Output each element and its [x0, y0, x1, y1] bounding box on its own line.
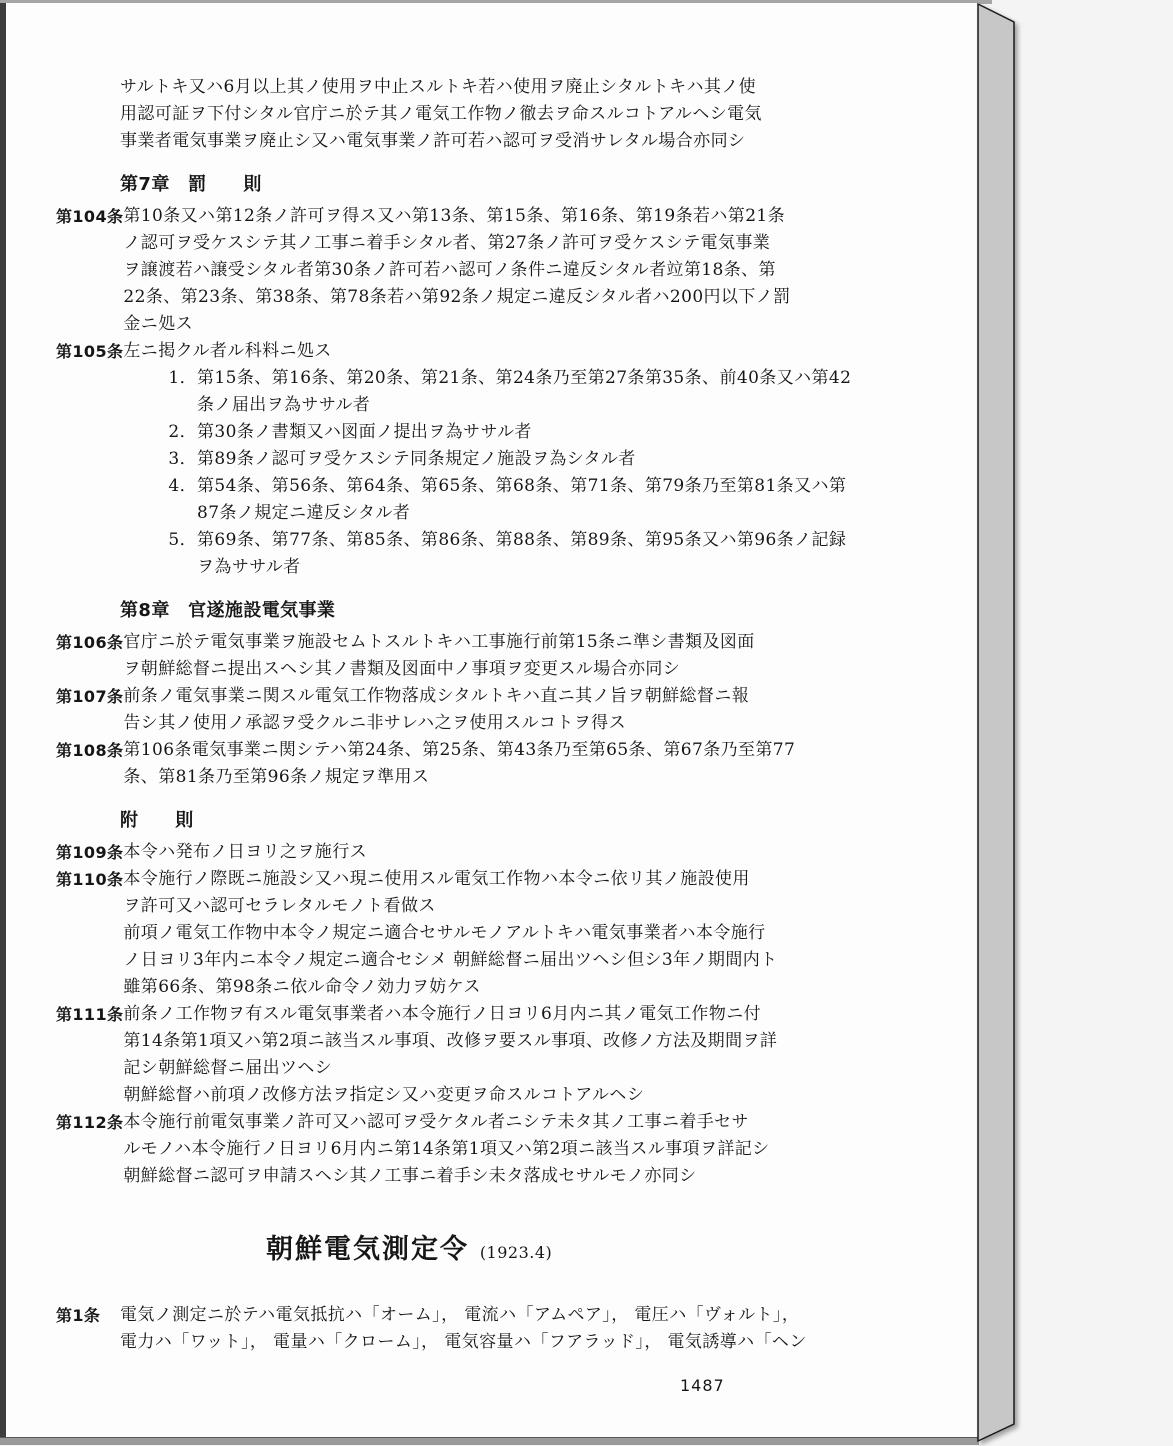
article-number: 第108条: [56, 737, 123, 791]
text-line: 前条ノ工作物ヲ有スル電気事業者ハ本令施行ノ日ヨリ6月内ニ其ノ電気工作物ニ付: [123, 1001, 946, 1028]
article-1: 第1条 電気ノ測定ニ於テハ電気抵抗ハ「オーム」， 電流ハ「アムペア」， 電圧ハ「…: [56, 1302, 946, 1356]
list-item: 4． 第54条、第56条、第64条、第65条、第68条、第71条、第79条乃至第…: [168, 473, 946, 527]
article-number: 第105条: [56, 338, 123, 581]
text-line: 記シ朝鮮総督ニ届出ツヘシ: [123, 1055, 946, 1082]
text-line: 朝鮮総督ハ前項ノ改修方法ヲ指定シ又ハ変更ヲ命スルコトアルヘシ: [123, 1082, 946, 1109]
text-line: ヲ為ササル者: [197, 554, 946, 581]
article-107: 第107条 前条ノ電気事業ニ関スル電気工作物落成シタルトキハ直ニ其ノ旨ヲ朝鮮総督…: [56, 683, 946, 737]
text-line: 第69条、第77条、第85条、第86条、第88条、第89条、第95条又ハ第96条…: [197, 527, 946, 554]
article-105: 第105条 左ニ掲クル者ル科料ニ処ス 1． 第15条、第16条、第20条、第21…: [56, 338, 946, 581]
text-line: ノ認可ヲ受ケスシテ其ノ工事ニ着手シタル者、第27条ノ許可ヲ受ケスシテ電気事業: [123, 230, 946, 257]
text-line: 電力ハ「ワット」， 電量ハ「クローム」， 電気容量ハ「フアラッド」， 電気誘導ハ…: [120, 1329, 946, 1356]
text-line: 22条、第23条、第38条、第78条若ハ第92条ノ規定ニ違反シタル者ハ200円以…: [123, 284, 946, 311]
text-line: ヲ譲渡若ハ譲受シタル者第30条ノ許可若ハ認可ノ条件ニ違反シタル者竝第18条、第: [123, 257, 946, 284]
text-line: 本令施行ノ際既ニ施設シ又ハ現ニ使用スル電気工作物ハ本令ニ依リ其ノ施設使用: [123, 866, 946, 893]
chapter-8-heading: 第8章 官遂施設電気事業: [120, 597, 946, 624]
text-line: 第10条又ハ第12条ノ許可ヲ得ス又ハ第13条、第15条、第16条、第19条若ハ第…: [123, 203, 946, 230]
list-item: 3． 第89条ノ認可ヲ受ケスシテ同条規定ノ施設ヲ為シタル者: [168, 446, 946, 473]
law-title: 朝鮮電気測定令: [266, 1234, 469, 1265]
page-text-content: サルトキ又ハ6月以上其ノ使用ヲ中止スルトキ若ハ使用ヲ廃止シタルトキハ其ノ使 用認…: [56, 74, 946, 1399]
article-104: 第104条 第10条又ハ第12条ノ許可ヲ得ス又ハ第13条、第15条、第16条、第…: [56, 203, 946, 338]
text-line: 朝鮮総督ニ認可ヲ申請スヘシ其ノ工事ニ着手シ未タ落成セサルモノ亦同シ: [123, 1163, 946, 1190]
list-item: 5． 第69条、第77条、第85条、第86条、第88条、第89条、第95条又ハ第…: [168, 527, 946, 581]
supplementary-provisions-heading: 附 則: [120, 807, 946, 834]
article-110: 第110条 本令施行ノ際既ニ施設シ又ハ現ニ使用スル電気工作物ハ本令ニ依リ其ノ施設…: [56, 866, 946, 1001]
text-line: 87条ノ規定ニ違反シタル者: [197, 500, 946, 527]
text-line: 第14条第1項又ハ第2項ニ該当スル事項、改修ヲ要スル事項、改修ノ方法及期間ヲ詳: [123, 1028, 946, 1055]
text-line: ノ日ヨリ3年内ニ本令ノ規定ニ適合セシメ 朝鮮総督ニ届出ツヘシ但シ3年ノ期間内ト: [123, 947, 946, 974]
text-line: 第54条、第56条、第64条、第65条、第68条、第71条、第79条乃至第81条…: [197, 473, 946, 500]
text-line: 前条ノ電気事業ニ関スル電気工作物落成シタルトキハ直ニ其ノ旨ヲ朝鮮総督ニ報: [123, 683, 946, 710]
text-line: 第15条、第16条、第20条、第21条、第24条乃至第27条第35条、前40条又…: [197, 365, 946, 392]
text-line: ルモノハ本令施行ノ日ヨリ6月内ニ第14条第1項又ハ第2項ニ該当スル事項ヲ詳記シ: [123, 1136, 946, 1163]
text-line: 左ニ掲クル者ル科料ニ処ス: [123, 338, 946, 365]
page-bottom-edge: [0, 1437, 979, 1445]
article-number: 第106条: [56, 629, 123, 683]
article-109: 第109条 本令ハ発布ノ日ヨリ之ヲ施行ス: [56, 839, 946, 866]
article-108: 第108条 第106条電気事業ニ関シテハ第24条、第25条、第43条乃至第65条…: [56, 737, 946, 791]
article-number: 第112条: [56, 1109, 123, 1190]
text-line: 第89条ノ認可ヲ受ケスシテ同条規定ノ施設ヲ為シタル者: [197, 446, 946, 473]
text-line: 事業者電気事業ヲ廃止シ又ハ電気事業ノ許可若ハ認可ヲ受消サレタル場合亦同シ: [120, 128, 946, 155]
chapter-7-heading: 第7章 罰 則: [120, 171, 946, 198]
list-item: 2． 第30条ノ書類又ハ図面ノ提出ヲ為ササル者: [168, 419, 946, 446]
page-number: 1487: [680, 1372, 946, 1399]
item-number: 3．: [168, 446, 197, 473]
item-number: 4．: [168, 473, 197, 527]
article-106: 第106条 官庁ニ於テ電気事業ヲ施設セムトスルトキハ工事施行前第15条ニ準シ書類…: [56, 629, 946, 683]
text-line: 前項ノ電気工作物中本令ノ規定ニ適合セサルモノアルトキハ電気事業者ハ本令施行: [123, 920, 946, 947]
text-line: 電気ノ測定ニ於テハ電気抵抗ハ「オーム」， 電流ハ「アムペア」， 電圧ハ「ヴォルト…: [120, 1302, 946, 1329]
article-111: 第111条 前条ノ工作物ヲ有スル電気事業者ハ本令施行ノ日ヨリ6月内ニ其ノ電気工作…: [56, 1001, 946, 1109]
text-line: ヲ朝鮮総督ニ提出スヘシ其ノ書類及図面中ノ事項ヲ変更スル場合亦同シ: [123, 656, 946, 683]
article-number: 第110条: [56, 866, 123, 1001]
text-line: 雖第66条、第98条ニ依ル命令ノ効力ヲ妨ケス: [123, 974, 946, 1001]
text-line: サルトキ又ハ6月以上其ノ使用ヲ中止スルトキ若ハ使用ヲ廃止シタルトキハ其ノ使: [120, 74, 946, 101]
book-page-thickness-edge: [974, 0, 1064, 1446]
item-number: 2．: [168, 419, 197, 446]
article-number: 第111条: [56, 1001, 123, 1109]
text-line: 条ノ届出ヲ為ササル者: [197, 392, 946, 419]
continuation-paragraph: サルトキ又ハ6月以上其ノ使用ヲ中止スルトキ若ハ使用ヲ廃止シタルトキハ其ノ使 用認…: [56, 74, 946, 155]
text-line: 第106条電気事業ニ関シテハ第24条、第25条、第43条乃至第65条、第67条乃…: [123, 737, 946, 764]
text-line: 条、第81条乃至第96条ノ規定ヲ準用ス: [123, 764, 946, 791]
text-line: 本令ハ発布ノ日ヨリ之ヲ施行ス: [123, 839, 946, 866]
text-line: 第30条ノ書類又ハ図面ノ提出ヲ為ササル者: [197, 419, 946, 446]
label-spacer: [56, 74, 120, 155]
text-line: ヲ許可又ハ認可セラレタルモノト看做ス: [123, 893, 946, 920]
law-title-date: (1923.4): [480, 1243, 552, 1262]
item-number: 1．: [168, 365, 197, 419]
list-item: 1． 第15条、第16条、第20条、第21条、第24条乃至第27条第35条、前4…: [168, 365, 946, 419]
article-number: 第107条: [56, 683, 123, 737]
article-number: 第1条: [56, 1302, 120, 1356]
item-number: 5．: [168, 527, 197, 581]
text-line: 用認可証ヲ下付シタル官庁ニ於テ其ノ電気工作物ノ徹去ヲ命スルコトアルヘシ電気: [120, 101, 946, 128]
scanned-book-page: サルトキ又ハ6月以上其ノ使用ヲ中止スルトキ若ハ使用ヲ廃止シタルトキハ其ノ使 用認…: [0, 0, 1173, 1446]
text-line: 金ニ処ス: [123, 311, 946, 338]
text-line: 告シ其ノ使用ノ承認ヲ受クルニ非サレハ之ヲ使用スルコトヲ得ス: [123, 710, 946, 737]
law-title-block: 朝鮮電気測定令 (1923.4): [266, 1236, 946, 1276]
text-line: 本令施行前電気事業ノ許可又ハ認可ヲ受ケタル者ニシテ未タ其ノ工事ニ着手セサ: [123, 1109, 946, 1136]
numbered-list: 1． 第15条、第16条、第20条、第21条、第24条乃至第27条第35条、前4…: [168, 365, 946, 581]
article-number: 第109条: [56, 839, 123, 866]
article-number: 第104条: [56, 203, 123, 338]
article-112: 第112条 本令施行前電気事業ノ許可又ハ認可ヲ受ケタル者ニシテ未タ其ノ工事ニ着手…: [56, 1109, 946, 1190]
text-line: 官庁ニ於テ電気事業ヲ施設セムトスルトキハ工事施行前第15条ニ準シ書類及図面: [123, 629, 946, 656]
